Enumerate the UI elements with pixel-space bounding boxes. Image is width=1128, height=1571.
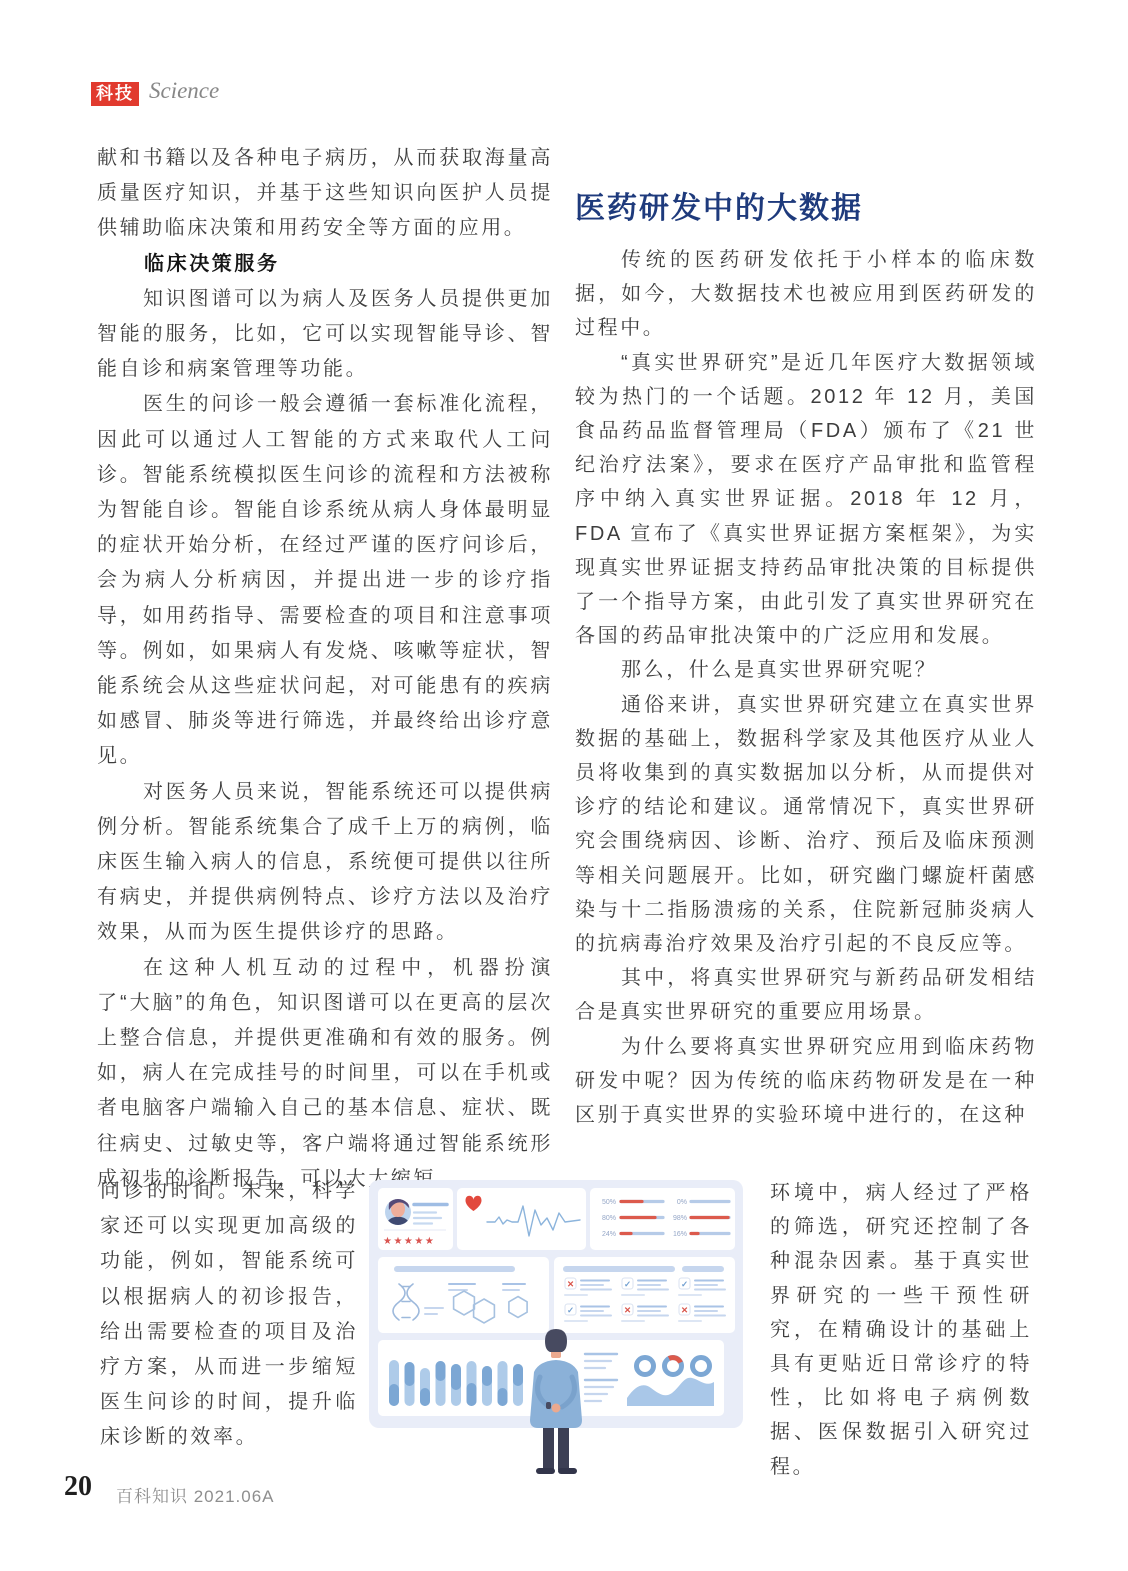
check-icon: ✓: [624, 1279, 631, 1289]
heart-rate-card: [457, 1188, 586, 1250]
section-badge: 科技: [91, 82, 139, 106]
doctor-shoe: [558, 1468, 577, 1474]
rating-stars: ★★★★★: [383, 1236, 435, 1247]
card-title-placeholder: [682, 1266, 724, 1272]
paragraph: 对医务人员来说，智能系统还可以提供病例分析。智能系统集合了成千上万的病例，临床医…: [97, 775, 553, 951]
progress-label: 98%: [673, 1215, 687, 1222]
progress-stats-card: 50% 0% 80% 98% 24% 16%: [590, 1188, 735, 1250]
cross-icon: ✕: [567, 1279, 574, 1289]
article-title: 医药研发中的大数据: [575, 183, 863, 227]
check-icon: ✓: [567, 1305, 574, 1315]
publication-info: 百科知识 2021.06A: [116, 1482, 275, 1507]
paragraph: 通俗来讲，真实世界研究建立在真实世界数据的基础上，数据科学家及其他医疗从业人员将…: [575, 688, 1037, 962]
paragraph: 那么，什么是真实世界研究呢？: [575, 653, 1037, 687]
progress-label: 16%: [673, 1231, 687, 1238]
cross-icon: ✕: [681, 1305, 688, 1315]
subheading-clinical-decision: 临床决策服务: [97, 247, 553, 282]
doctor-head: [545, 1329, 567, 1352]
progress-label: 50%: [602, 1199, 616, 1206]
paragraph: 医生的问诊一般会遵循一套标准化流程，因此可以通过人工智能的方式来取代人工问诊。智…: [97, 387, 553, 774]
magazine-page: 科技 Science 献和书籍以及各种电子病历，从而获取海量高质量医疗知识，并基…: [0, 0, 1128, 1571]
progress-label: 80%: [602, 1215, 616, 1222]
doctor-hands: [552, 1404, 561, 1413]
progress-label: 0%: [677, 1199, 687, 1206]
paragraph-continuation: 环境中，病人经过了严格的筛选，研究还控制了各种混杂因素。基于真实世界研究的一些干…: [770, 1176, 1032, 1484]
doctor-leg: [543, 1428, 554, 1470]
check-icon: ✓: [681, 1279, 688, 1289]
paragraph-continuation: 问诊的时间。未来，科学家还可以实现更加高级的功能，例如，智能系统可以根据病人的初…: [100, 1174, 358, 1456]
section-english-label: Science: [149, 78, 219, 104]
progress-label: 24%: [602, 1231, 616, 1238]
dna-research-card: [378, 1257, 549, 1333]
paragraph: “真实世界研究”是近几年医疗大数据领域较为热门的一个话题。2012 年 12 月…: [575, 346, 1037, 654]
card-title-placeholder: [394, 1266, 515, 1272]
doctor-leg: [558, 1428, 569, 1470]
paragraph: 为什么要将真实世界研究应用到临床药物研发中呢？因为传统的临床药物研发是在一种区别…: [575, 1030, 1037, 1133]
paragraph: 在这种人机互动的过程中，机器扮演了“大脑”的角色，知识图谱可以在更高的层次上整合…: [97, 951, 553, 1197]
medical-dashboard-illustration: ★★★★★ 50% 0% 80% 98% 24% 16%: [369, 1180, 743, 1478]
paragraph: 知识图谱可以为病人及医务人员提供更加智能的服务，比如，它可以实现智能导诊、智能自…: [97, 282, 553, 388]
doctor-shoe: [536, 1468, 555, 1474]
card-title-placeholder: [563, 1266, 675, 1272]
right-column-text: 传统的医药研发依托于小样本的临床数据，如今，大数据技术也被应用到医药研发的过程中…: [575, 243, 1037, 1132]
left-column-narrow-text: 问诊的时间。未来，科学家还可以实现更加高级的功能，例如，智能系统可以根据病人的初…: [100, 1174, 358, 1456]
paragraph-continuation: 献和书籍以及各种电子病历，从而获取海量高质量医疗知识，并基于这些知识向医护人员提…: [97, 141, 553, 247]
patient-profile-card: ★★★★★: [378, 1188, 453, 1250]
left-column-text: 献和书籍以及各种电子病历，从而获取海量高质量医疗知识，并基于这些知识向医护人员提…: [97, 141, 553, 1197]
bar-chart: [389, 1360, 523, 1406]
checklist-card: ✕ ✓ ✓: [554, 1257, 735, 1333]
doctor-watch: [546, 1402, 551, 1409]
paragraph: 其中，将真实世界研究与新药品研发相结合是真实世界研究的重要应用场景。: [575, 961, 1037, 1029]
cross-icon: ✕: [624, 1305, 631, 1315]
paragraph: 传统的医药研发依托于小样本的临床数据，如今，大数据技术也被应用到医药研发的过程中…: [575, 243, 1037, 346]
right-column-narrow-text: 环境中，病人经过了严格的筛选，研究还控制了各种混杂因素。基于真实世界研究的一些干…: [770, 1176, 1032, 1484]
page-number: 20: [64, 1471, 92, 1503]
